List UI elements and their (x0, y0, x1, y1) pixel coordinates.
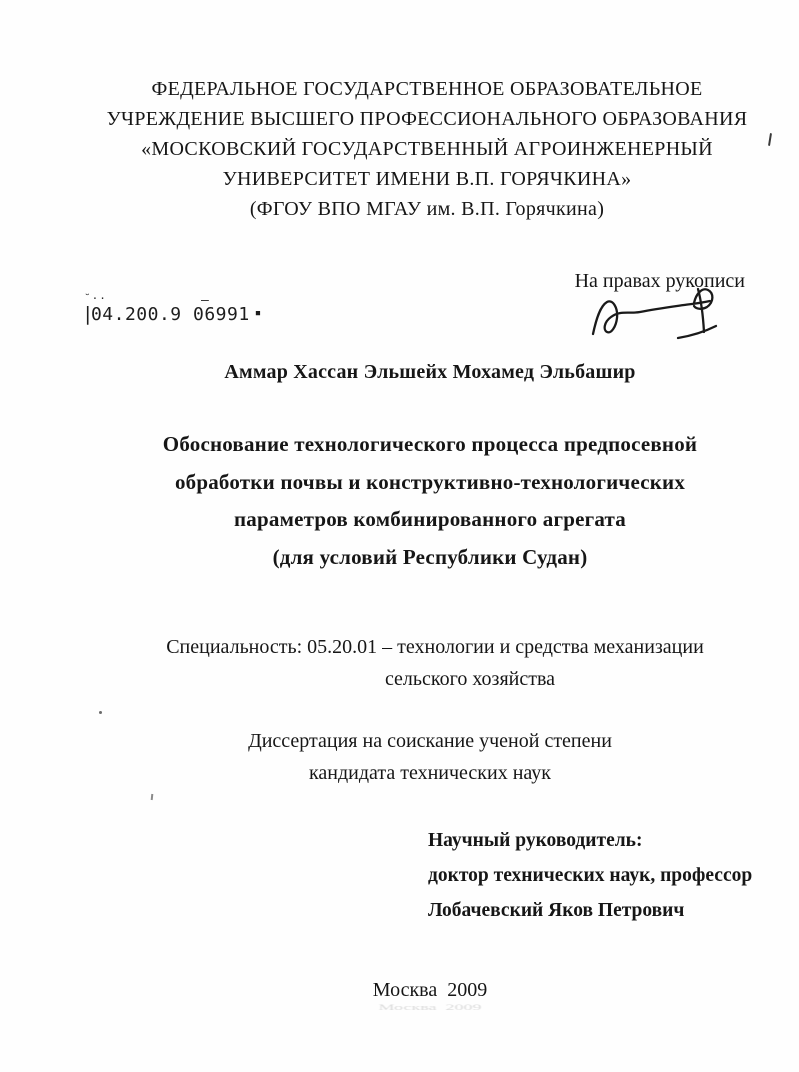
title-line: Обоснование технологического процесса пр… (61, 426, 799, 464)
institution-line: (ФГОУ ВПО МГАУ им. В.П. Горячкина) (55, 194, 799, 224)
institution-line: УНИВЕРСИТЕТ ИМЕНИ В.П. ГОРЯЧКИНА» (55, 164, 799, 194)
signature-loop (694, 289, 712, 309)
signature-underline (678, 326, 716, 338)
institution-line: ФЕДЕРАЛЬНОЕ ГОСУДАРСТВЕННОЕ ОБРАЗОВАТЕЛЬ… (55, 74, 799, 104)
dissertation-title: Обоснование технологического процесса пр… (61, 426, 799, 576)
institution-line: УЧРЕЖДЕНИЕ ВЫСШЕГО ПРОФЕССИОНАЛЬНОГО ОБР… (55, 104, 799, 134)
scan-speck (99, 711, 102, 714)
scan-speck (151, 794, 154, 800)
thesis-statement-line-1: Диссертация на соискание ученой степени (61, 730, 799, 753)
stamp-end-mark: ▪ (255, 306, 262, 319)
specialty-line-2: сельского хозяйства (141, 668, 799, 691)
supervisor-heading: Научный руководитель: (428, 823, 752, 858)
title-line: обработки почвы и конструктивно-технолог… (61, 464, 799, 502)
signature-scrawl (593, 301, 710, 334)
stamp-number: 04.200.9 06991 (91, 304, 250, 325)
signature-stem (698, 289, 704, 332)
title-line: параметров комбинированного агрегата (61, 501, 799, 539)
supervisor-name: Лобачевский Яков Петрович (428, 893, 752, 928)
supervisor-block: Научный руководитель: доктор технических… (428, 823, 752, 928)
author-name: Аммар Хассан Эльшейх Мохамед Эльбашир (61, 361, 799, 384)
institution-line: «МОСКОВСКИЙ ГОСУДАРСТВЕННЫЙ АГРОИНЖЕНЕРН… (55, 134, 799, 164)
handwritten-signature (570, 280, 750, 355)
scanned-title-page: ФЕДЕРАЛЬНОЕ ГОСУДАРСТВЕННОЕ ОБРАЗОВАТЕЛЬ… (0, 0, 799, 1072)
specialty-line-1: Специальность: 05.20.01 – технологии и с… (71, 636, 799, 659)
thesis-statement-line-2: кандидата технических наук (61, 762, 799, 785)
footer-city-year: Москва 2009 (61, 979, 799, 1002)
library-stamp: |04.200.9 06991▪ (82, 303, 262, 325)
title-line: (для условий Республики Судан) (61, 539, 799, 577)
footer-scan-echo: Москва 2009 (61, 1003, 799, 1012)
institution-header: ФЕДЕРАЛЬНОЕ ГОСУДАРСТВЕННОЕ ОБРАЗОВАТЕЛЬ… (55, 74, 799, 224)
supervisor-degree: доктор технических наук, профессор (428, 858, 752, 893)
